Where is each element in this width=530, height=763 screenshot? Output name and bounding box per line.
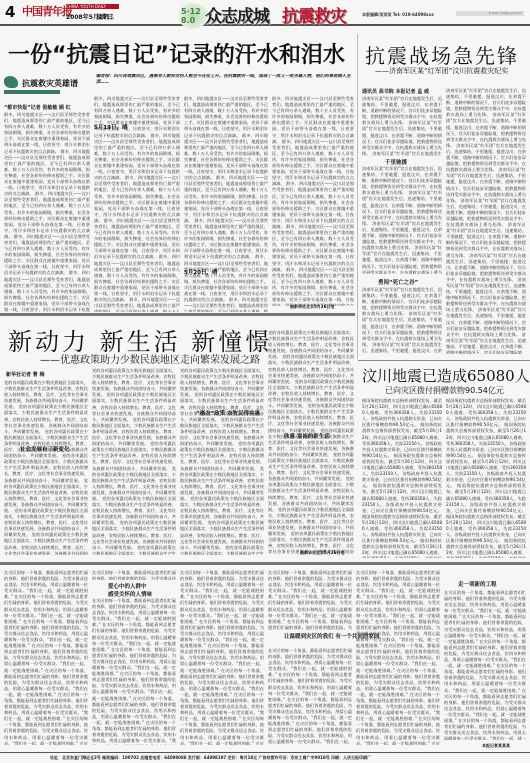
- hero-column-strip: [4, 90, 60, 94]
- stories-subhead-2: 感受关怀的人情味: [108, 590, 152, 598]
- ethnic-body-col3: 党的各项惠民政策在少数民族地区全面落实，少数民族群众生产生活条件明显改善，农牧民…: [180, 368, 264, 555]
- sichuan-map-icon: [4, 76, 18, 88]
- diary-body-col1: 群多，四川地震灾区——汶川县至那些受害者们，地震造成那里伤亡最严重的地区，至今已…: [4, 112, 90, 312]
- stories-body-col2a: 在灾区的每一个角落，都能看到志愿者们忙碌的身影。他们冒着余震的危险，为受灾群众送…: [92, 570, 176, 580]
- diary-headline: 一份“抗震日记”记录的汗水和泪水: [8, 38, 345, 69]
- masthead: 4 中国青年报 CHINA YOUTH DAILY 2008年5月27日 星期二…: [0, 0, 530, 26]
- ethnic-source: 据新华社北京5月26日电: [300, 550, 344, 556]
- casualties-headline: 汶川地震已造成65080人遇难: [362, 365, 530, 386]
- section-divider: [0, 313, 355, 316]
- casualties-body-col1: 据国务院抗震救灾总指挥部授权发布，截至5月26日12时，四川汶川地震已确认650…: [362, 398, 442, 558]
- stories-body-col5: 在灾区的每一个角落，都能看到志愿者们忙碌的身影。他们冒着余震的危险，为受灾群众送…: [356, 570, 440, 745]
- stories-body-col6: 在灾区的每一个角落，都能看到志愿者们忙碌的身影。他们冒着余震的危险，为受灾群众送…: [444, 590, 526, 740]
- slogan-relief: 抗震救灾: [282, 2, 346, 27]
- ethnic-subhead-1: 社会发展有了新变化: [20, 445, 70, 453]
- stories-subhead-1: 爱心中的人群中: [108, 582, 147, 590]
- diary-subhead-1: 5月19日，晴: [94, 123, 127, 131]
- page-number: 4: [5, 3, 15, 21]
- footer: 社址：北京东直门海运仓2号 邮政编码：100702 总编室电话：64098088…: [0, 752, 530, 763]
- paper-logo: 中国青年报: [22, 3, 72, 19]
- ethnic-body-col4: 党的各项惠民政策在少数民族地区全面落实，少数民族群众生产生活条件明显改善，农牧民…: [268, 330, 354, 555]
- diary-source: 据新华社北京5月26日电: [290, 304, 334, 310]
- vanguard-headline: 抗震战场急先锋: [365, 40, 519, 69]
- diary-body-col4: 群多，四川地震灾区——汶川县至那些受害者们，地震造成那里伤亡最严重的地区，至今已…: [272, 96, 354, 306]
- footer-info: 社址：北京东直门海运仓2号 邮政编码：100702 总编室电话：64098088…: [50, 755, 371, 761]
- stories-body-col1: 在灾区的每一个角落，都能看到志愿者们忙碌的身影。他们冒着余震的危险，为受灾群众送…: [4, 570, 88, 745]
- hero-column-title: 抗震救灾英雄谱: [22, 78, 78, 89]
- issue-weekday: 星期二: [96, 12, 114, 21]
- slogan-unity: 众志成城: [205, 2, 269, 27]
- section-divider: [0, 562, 530, 565]
- stories-body-col2b: 在灾区的每一个角落，都能看到志愿者们忙碌的身影。他们冒着余震的危险，为受灾群众送…: [92, 598, 176, 745]
- stories-subhead-4: 走一项新的工程: [458, 580, 497, 588]
- stories-body-col4a: 在灾区的每一个角落，都能看到志愿者们忙碌的身影。他们冒着余震的危险，为受灾群众送…: [268, 570, 352, 630]
- vanguard-body-col1b: 济南军区某“红军团”官兵在地震发生后，迅速集结，千里驰援，挺进汶川，在余震不断、…: [362, 166, 442, 274]
- editor-info: 本版编辑/某某某 Tel: 010-64098xxx: [362, 12, 434, 18]
- ethnic-body-col1: 党的各项惠民政策在少数民族地区全面落实，少数民族群众生产生活条件明显改善，农牧民…: [4, 380, 88, 555]
- diary-body-col3: 群多，四川地震灾区——汶川县至那些受害者们，地震造成那里伤亡最严重的地区，至今已…: [184, 96, 268, 312]
- column-divider: [357, 34, 358, 359]
- vanguard-body-col1a: 济南军区某“红军团”官兵在地震发生后，迅速集结，千里驰援，挺进汶川，在余震不断、…: [362, 96, 442, 156]
- diary-intro: 编者按：四川省地震灾区，遇难者人数和受伤人数至今还在上升。在抗震救灾一线，涌现了…: [96, 74, 352, 94]
- newspaper-page: 4 中国青年报 CHINA YOUTH DAILY 2008年5月27日 星期二…: [0, 0, 530, 763]
- casualties-subheadline: 已向灾区拨付捐赠款物90.54亿元: [385, 385, 504, 396]
- ethnic-byline: 新华社记者 曹 梅: [6, 371, 44, 378]
- diary-subhead-2: 5月20日，晴: [184, 268, 217, 276]
- ethnic-subheadline: ——优惠政策助力少数民族地区走向繁荣发展之路: [40, 351, 260, 366]
- stories-body-col3: 在灾区的每一个角落，都能看到志愿者们忙碌的身影。他们冒着余震的危险，为受灾群众送…: [180, 570, 264, 745]
- vanguard-subhead-2: 勇闯“死亡之谷”: [378, 278, 418, 286]
- vanguard-byline: 通讯员 高书院 本报记者 孟 威: [362, 88, 429, 95]
- casualties-body-col2: 据国务院抗震救灾总指挥部授权发布，截至5月26日12时，四川汶川地震已确认650…: [446, 398, 526, 558]
- vanguard-subheadline: ——济南军区某“红军团”汶川抗震救灾纪实: [375, 66, 508, 76]
- stories-source: 本报记者某某某: [482, 743, 510, 749]
- 512-badge-icon: 5·12 8.0: [178, 3, 208, 29]
- vanguard-body-col2: 济南军区某“红军团”官兵在地震发生后，迅速集结，千里驰援，挺进汶川，在余震不断、…: [446, 88, 526, 354]
- stories-body-col4b: 在灾区的每一个角落，都能看到志愿者们忙碌的身影。他们冒着余震的危险，为受灾群众送…: [268, 648, 352, 745]
- vanguard-body-col1c: 济南军区某“红军团”官兵在地震发生后，迅速集结，千里驰援，挺进汶川，在余震不断、…: [362, 287, 442, 353]
- ethnic-body-col2: 党的各项惠民政策在少数民族地区全面落实，少数民族群众生产生活条件明显改善，农牧民…: [92, 368, 176, 555]
- vanguard-subhead-1: 千里驰援: [385, 158, 407, 166]
- paper-logo-en: CHINA YOUTH DAILY: [66, 4, 119, 9]
- ethnic-subhead-3: 欣喜 富裕的新生活: [284, 432, 330, 440]
- diary-byline: “都市快报”记者 倪敏敏 顾 红: [4, 104, 71, 111]
- ethnic-subhead-2: “惠农”政策 农牧民得实惠: [196, 409, 260, 417]
- section-tag: E-mail: xxx@cyol.com: [456, 11, 524, 16]
- section-divider: [358, 360, 530, 361]
